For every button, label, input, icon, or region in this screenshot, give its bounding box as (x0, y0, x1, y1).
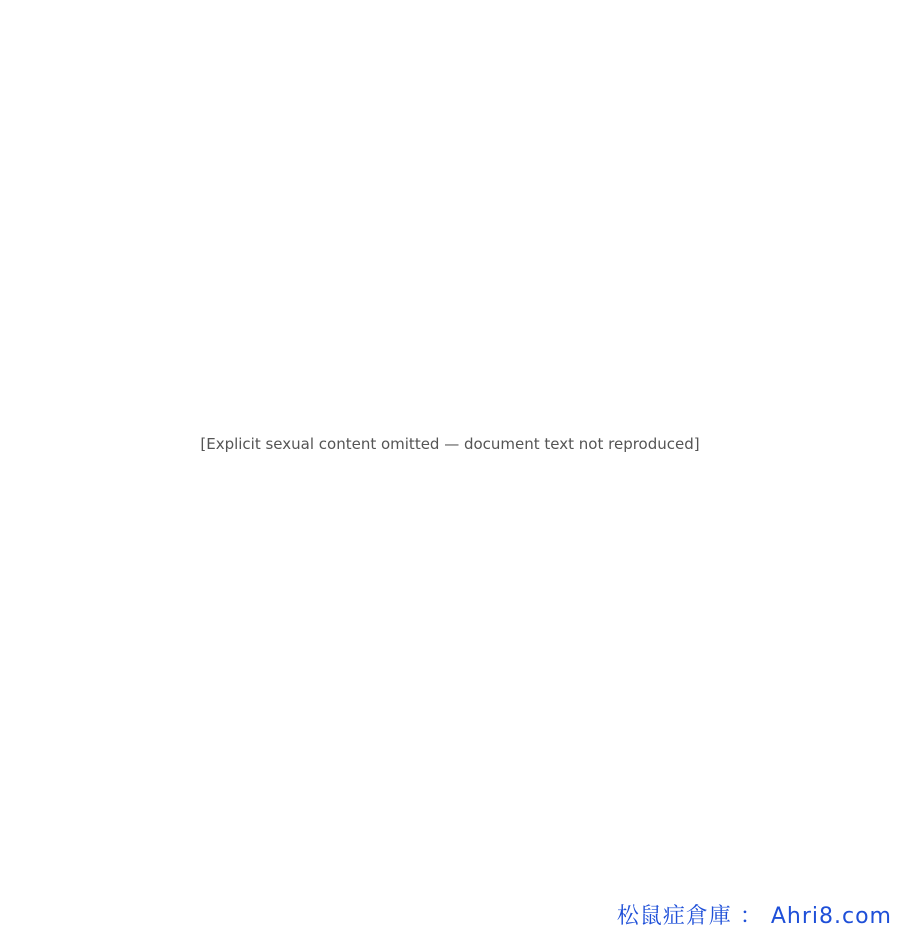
site-watermark: 松鼠症倉庫 ： Ahri8.com (617, 899, 892, 930)
content-omitted-notice: [Explicit sexual content omitted — docum… (0, 435, 900, 453)
document-body: [Explicit sexual content omitted — docum… (0, 0, 900, 6)
